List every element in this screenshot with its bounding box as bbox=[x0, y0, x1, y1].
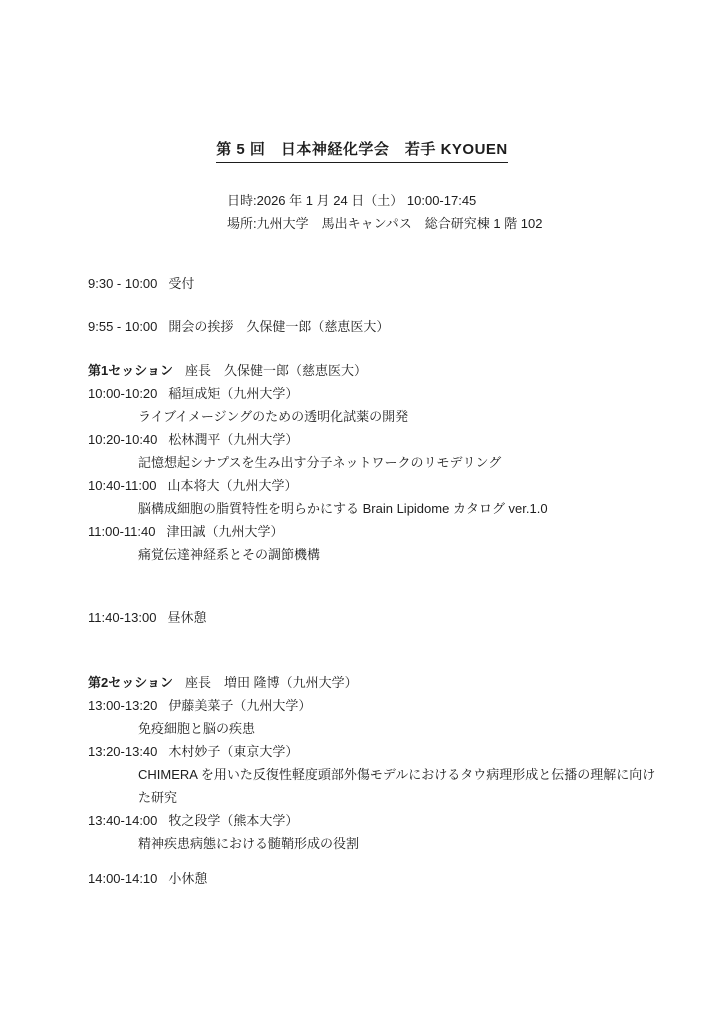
time-range: 11:00-11:40 bbox=[88, 520, 155, 543]
meta-location: 場所:九州大学 馬出キャンパス 総合研究棟 1 階 102 bbox=[227, 212, 542, 235]
meta-block: 日時:2026 年 1 月 24 日（土） 10:00-17:45 場所:九州大… bbox=[227, 189, 542, 235]
time-range: 10:40-11:00 bbox=[88, 474, 156, 497]
talk: 11:00-11:40津田誠（九州大学） 痛覚伝達神経系とその調節機構 bbox=[88, 520, 548, 566]
time-range: 13:00-13:20 bbox=[88, 694, 157, 717]
schedule-item-reception: 9:30 - 10:00受付 bbox=[88, 272, 194, 295]
talk-time-speaker: 11:00-11:40津田誠（九州大学） bbox=[88, 520, 548, 543]
session-1-heading: 第1セッション座長 久保健一郎（慈恵医大） bbox=[88, 359, 548, 382]
talk-title: CHIMERA を用いた反復性軽度頭部外傷モデルにおけるタウ病理形成と伝播の理解… bbox=[138, 763, 662, 809]
talk-title: 脳構成細胞の脂質特性を明らかにする Brain Lipidome カタログ ve… bbox=[138, 497, 548, 520]
time-range: 9:55 - 10:00 bbox=[88, 315, 157, 338]
document-title: 第 5 回 日本神経化学会 若手 KYOUEN bbox=[0, 140, 724, 163]
speaker-name: 稲垣成矩（九州大学） bbox=[168, 386, 298, 401]
talk-time-speaker: 10:40-11:00山本将大（九州大学） bbox=[88, 474, 548, 497]
talk-time-speaker: 13:40-14:00牧之段学（熊本大学） bbox=[88, 809, 662, 832]
talk: 13:20-13:40木村妙子（東京大学） CHIMERA を用いた反復性軽度頭… bbox=[88, 740, 662, 809]
talk: 10:20-10:40松林潤平（九州大学） 記憶想起シナプスを生み出す分子ネット… bbox=[88, 428, 548, 474]
session-name: 第1セッション bbox=[88, 363, 173, 378]
talk-title: ライブイメージングのための透明化試薬の開発 bbox=[138, 405, 548, 428]
event-label: 受付 bbox=[168, 276, 194, 291]
conference-program-page: 第 5 回 日本神経化学会 若手 KYOUEN 日時:2026 年 1 月 24… bbox=[0, 0, 724, 1024]
session-chair: 座長 久保健一郎（慈恵医大） bbox=[185, 363, 367, 378]
speaker-name: 津田誠（九州大学） bbox=[166, 524, 283, 539]
talk-time-speaker: 10:20-10:40松林潤平（九州大学） bbox=[88, 428, 548, 451]
talk-time-speaker: 10:00-10:20稲垣成矩（九州大学） bbox=[88, 382, 548, 405]
speaker-name: 木村妙子（東京大学） bbox=[168, 744, 298, 759]
time-range: 10:00-10:20 bbox=[88, 382, 157, 405]
event-label: 開会の挨拶 久保健一郎（慈恵医大） bbox=[168, 319, 389, 334]
session-1-block: 第1セッション座長 久保健一郎（慈恵医大） 10:00-10:20稲垣成矩（九州… bbox=[88, 359, 548, 566]
talk-title: 痛覚伝達神経系とその調節機構 bbox=[138, 543, 548, 566]
time-range: 13:40-14:00 bbox=[88, 809, 157, 832]
talk-time-speaker: 13:20-13:40木村妙子（東京大学） bbox=[88, 740, 662, 763]
speaker-name: 伊藤美菜子（九州大学） bbox=[168, 698, 311, 713]
talk-title: 免疫細胞と脳の疾患 bbox=[138, 717, 662, 740]
talk: 13:40-14:00牧之段学（熊本大学） 精神疾患病態における髄鞘形成の役割 bbox=[88, 809, 662, 855]
time-range: 11:40-13:00 bbox=[88, 606, 156, 629]
document-title-text: 第 5 回 日本神経化学会 若手 KYOUEN bbox=[216, 140, 508, 163]
talk: 10:00-10:20稲垣成矩（九州大学） ライブイメージングのための透明化試薬… bbox=[88, 382, 548, 428]
schedule-item-opening-remarks: 9:55 - 10:00開会の挨拶 久保健一郎（慈恵医大） bbox=[88, 315, 389, 338]
talk-title: 精神疾患病態における髄鞘形成の役割 bbox=[138, 832, 662, 855]
time-range: 9:30 - 10:00 bbox=[88, 272, 157, 295]
talk-time-speaker: 13:00-13:20伊藤美菜子（九州大学） bbox=[88, 694, 662, 717]
talk-title: 記憶想起シナプスを生み出す分子ネットワークのリモデリング bbox=[138, 451, 548, 474]
time-range: 10:20-10:40 bbox=[88, 428, 157, 451]
session-2-block: 第2セッション座長 増田 隆博（九州大学） 13:00-13:20伊藤美菜子（九… bbox=[88, 671, 662, 855]
speaker-name: 牧之段学（熊本大学） bbox=[168, 813, 298, 828]
session-name: 第2セッション bbox=[88, 675, 173, 690]
meta-datetime: 日時:2026 年 1 月 24 日（土） 10:00-17:45 bbox=[227, 189, 542, 212]
time-range: 13:20-13:40 bbox=[88, 740, 157, 763]
speaker-name: 山本将大（九州大学） bbox=[167, 478, 297, 493]
talk: 13:00-13:20伊藤美菜子（九州大学） 免疫細胞と脳の疾患 bbox=[88, 694, 662, 740]
event-label: 小休憩 bbox=[168, 871, 207, 886]
event-label: 昼休憩 bbox=[167, 610, 206, 625]
session-chair: 座長 増田 隆博（九州大学） bbox=[185, 675, 358, 690]
speaker-name: 松林潤平（九州大学） bbox=[168, 432, 298, 447]
time-range: 14:00-14:10 bbox=[88, 867, 157, 890]
schedule-item-lunch-break: 11:40-13:00昼休憩 bbox=[88, 606, 206, 629]
talk: 10:40-11:00山本将大（九州大学） 脳構成細胞の脂質特性を明らかにする … bbox=[88, 474, 548, 520]
schedule-item-short-break: 14:00-14:10小休憩 bbox=[88, 867, 207, 890]
session-2-heading: 第2セッション座長 増田 隆博（九州大学） bbox=[88, 671, 662, 694]
